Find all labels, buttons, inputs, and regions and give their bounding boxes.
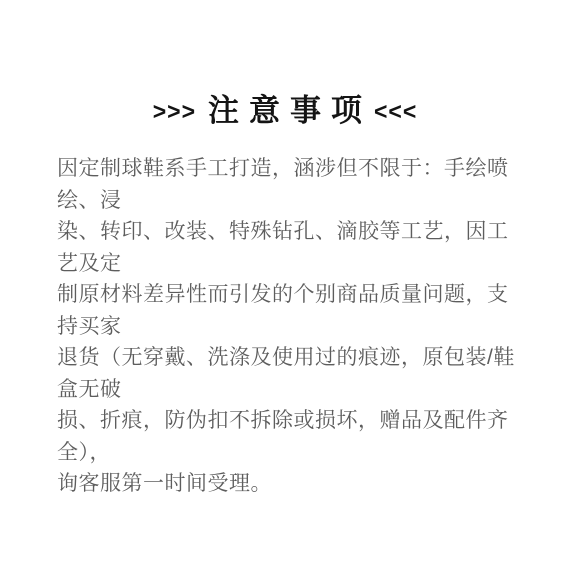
notice-body-text: 因定制球鞋系手工打造，涵涉但不限于：手绘喷绘、浸 染、转印、改装、特殊钻孔、滴胶… xyxy=(57,153,519,500)
notice-title-text: 注意事项 xyxy=(208,94,372,128)
title-right-arrows-icon: <<< xyxy=(374,99,417,123)
notice-title: >>> 注意事项 <<< xyxy=(0,94,570,128)
notice-page: >>> 注意事项 <<< 因定制球鞋系手工打造，涵涉但不限于：手绘喷绘、浸 染、… xyxy=(0,0,570,570)
title-left-arrows-icon: >>> xyxy=(153,99,196,123)
